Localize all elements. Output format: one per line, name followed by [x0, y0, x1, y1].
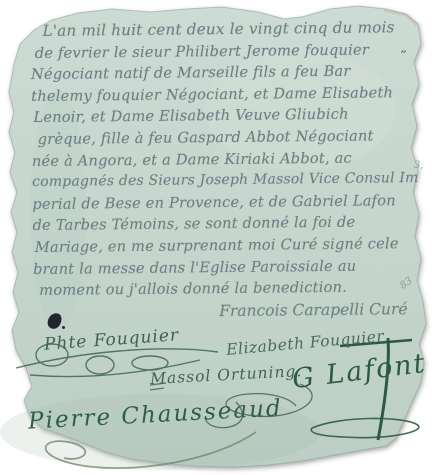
- ink-blot-dot: [62, 326, 65, 329]
- act-text-block: L'an mil huit cent deux le vingt cinq du…: [30, 17, 421, 322]
- act-line: grèque, fille à feu Gaspard Abbot Négoci…: [38, 125, 420, 151]
- act-line: moment ou j'allois donné la benediction.: [39, 276, 421, 302]
- act-line: perial de Bese en Provence, et de Gabrie…: [32, 190, 420, 216]
- act-line: de fevrier le sieur Philibert Jerome fou…: [35, 39, 419, 65]
- act-line: thelemy fouquier Négociant, et Dame Elis…: [31, 82, 419, 108]
- act-line: Mariage, en me surprenant moi Curé signé…: [35, 233, 421, 259]
- scanned-document: L'an mil huit cent deux le vingt cinq du…: [0, 0, 435, 475]
- margin-mark-three: 3,: [414, 160, 424, 171]
